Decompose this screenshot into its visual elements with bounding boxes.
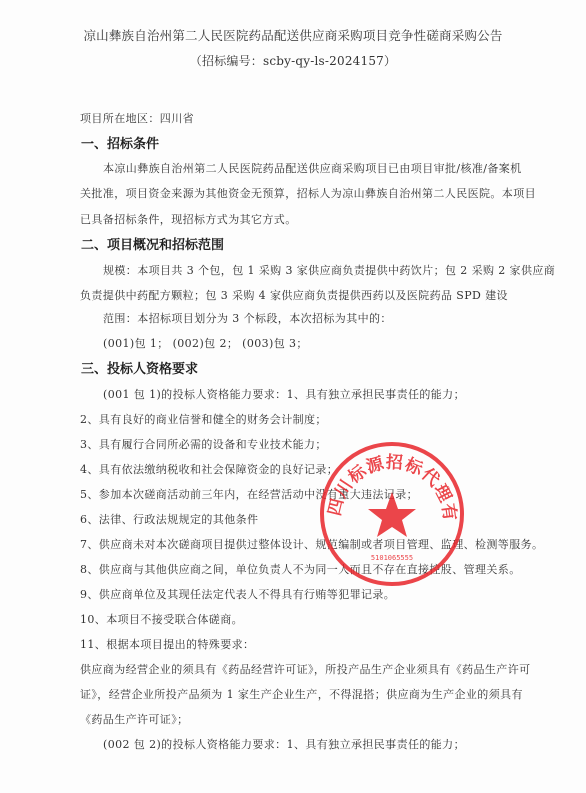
project-region: 项目所在地区：四川省 — [80, 110, 194, 126]
paragraph-line: (001 包 1)的投标人资格能力要求：1、具有独立承担民事责任的能力； — [103, 386, 465, 402]
svg-text:5101065555: 5101065555 — [371, 554, 413, 562]
list-item: 9、供应商单位及其现任法定代表人不得具有行贿等犯罪记录。 — [80, 586, 395, 602]
list-item: 10、本项目不接受联合体磋商。 — [80, 611, 243, 627]
paragraph-line: 证》，经营企业所投产品须为 1 家生产企业生产，不得混搭；供应商为生产企业的须具… — [80, 686, 523, 702]
section-heading-3: 三、投标人资格要求 — [81, 358, 198, 377]
paragraph-line: 负责提供中药配方颗粒；包 3 采购 4 家供应商负责提供西药以及医院药品 SPD… — [80, 287, 508, 303]
document-page: 凉山彝族自治州第二人民医院药品配送供应商采购项目竞争性磋商采购公告 （招标编号：… — [0, 0, 586, 793]
official-seal-icon: 四川标源招标代理有限公司 5101065555 — [318, 440, 466, 588]
list-item: 3、具有履行合同所必需的设备和专业技术能力； — [80, 436, 327, 452]
paragraph-line: (001)包 1； (002)包 2； (003)包 3； — [103, 335, 308, 351]
section-heading-1: 一、招标条件 — [81, 133, 159, 152]
paragraph-line: 《药品生产许可证》； — [80, 711, 189, 727]
paragraph-line: (002 包 2)的投标人资格能力要求：1、具有独立承担民事责任的能力； — [103, 736, 465, 752]
section-heading-2: 二、项目概况和招标范围 — [81, 234, 224, 253]
paragraph-line: 供应商为经营企业的须具有《药品经营许可证》，所投产品生产企业须具有《药品生产许可 — [80, 661, 531, 677]
paragraph-line: 关批准，项目资金来源为其他资金无预算，招标人为凉山彝族自治州第二人民医院。本项目 — [80, 185, 536, 201]
document-title: 凉山彝族自治州第二人民医院药品配送供应商采购项目竞争性磋商采购公告 — [0, 26, 586, 44]
list-item: 6、法律、行政法规规定的其他条件 — [80, 511, 258, 527]
bid-number: （招标编号：scby-qy-ls-2024157） — [0, 52, 586, 69]
list-item: 4、具有依法缴纳税收和社会保障资金的良好记录； — [80, 461, 338, 477]
paragraph-line: 规模：本项目共 3 个包，包 1 采购 3 家供应商负责提供中药饮片；包 2 采… — [103, 262, 555, 278]
list-item: 11、根据本项目提出的特殊要求： — [80, 636, 254, 652]
list-item: 7、供应商未对本次磋商项目提供过整体设计、规范编制或者项目管理、监理、检测等服务… — [80, 536, 543, 552]
list-item: 2、具有良好的商业信誉和健全的财务会计制度； — [80, 411, 327, 427]
paragraph-line: 范围：本招标项目划分为 3 个标段，本次招标为其中的： — [103, 310, 392, 326]
paragraph-line: 已具备招标条件，现招标方式为其它方式。 — [80, 211, 297, 227]
paragraph-line: 本凉山彝族自治州第二人民医院药品配送供应商采购项目已由项目审批/核准/备案机 — [103, 160, 522, 176]
